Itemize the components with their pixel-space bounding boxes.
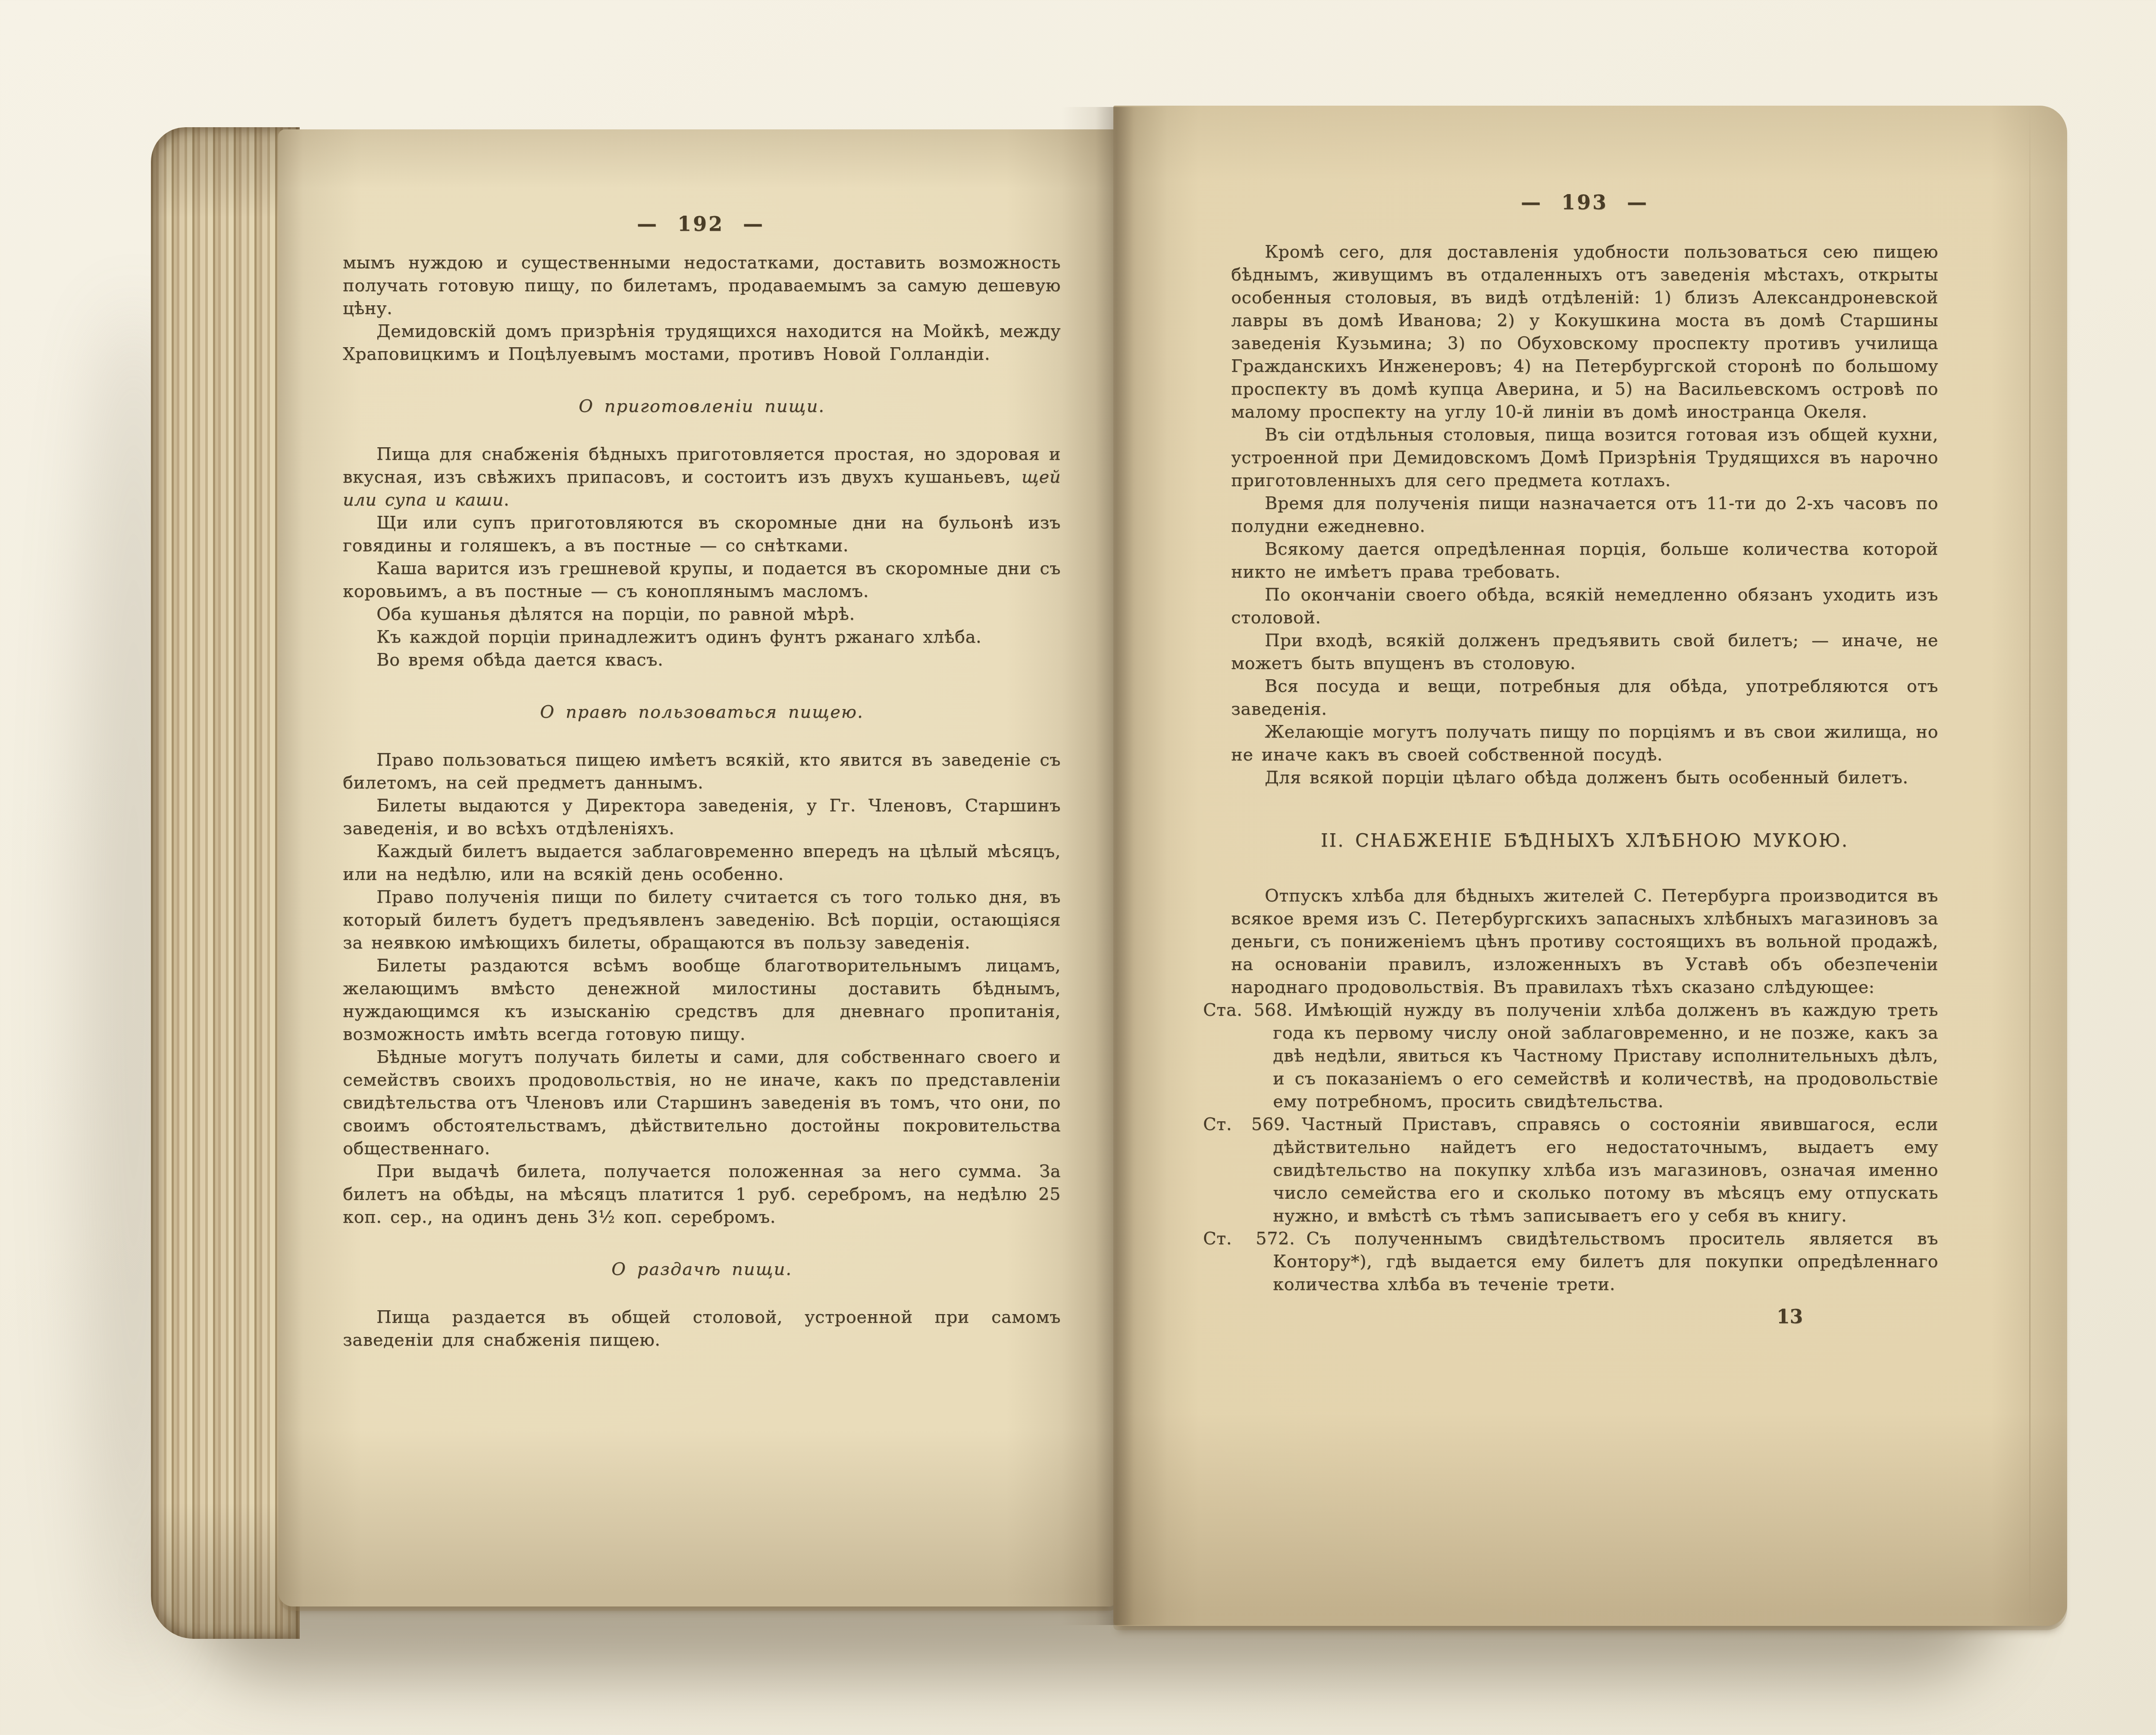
italic-phrase: щей или супа и каши: [343, 467, 1061, 510]
continuation: мымъ нуждою и существенными недостатками…: [343, 251, 1061, 320]
header-dash-left: —: [637, 212, 658, 235]
paragraph: Пища для снабженія бѣдныхъ приготовляетс…: [343, 443, 1061, 511]
paragraph: По окончаніи своего обѣда, всякій немедл…: [1231, 584, 1938, 629]
signature-mark: 13: [1777, 1306, 1803, 1328]
paragraph: Въ сіи отдѣльныя столовыя, пища возится …: [1231, 424, 1938, 492]
paragraph: Бѣдные могутъ получать билеты и сами, дл…: [343, 1046, 1061, 1160]
paragraph: Кромѣ сего, для доставленія удобности по…: [1231, 241, 1938, 424]
paragraph: Отпускъ хлѣба для бѣдныхъ жителей С. Пет…: [1231, 885, 1938, 999]
book-scan-photo: —192— —193— мымъ нуждою и существенными …: [0, 0, 2156, 1735]
section-heading: II. СНАБЖЕНІЕ БѢДНЫХЪ ХЛѢБНОЮ МУКОЮ.: [1231, 829, 1938, 852]
paragraph: При входѣ, всякій долженъ предъявить сво…: [1231, 629, 1938, 675]
paragraph: Каждый билетъ выдается заблаговременно в…: [343, 840, 1061, 886]
paragraph: Право пользоваться пищею имѣетъ всякій, …: [343, 749, 1061, 794]
paragraph: Время для полученія пищи назначается отъ…: [1231, 492, 1938, 538]
paragraph: Право полученія пищи по билету считается…: [343, 886, 1061, 954]
left-page-text-column: мымъ нуждою и существенными недостатками…: [343, 251, 1061, 1352]
heading: О правѣ пользоваться пищею.: [343, 701, 1061, 724]
article: Ст. 569.Частный Приставъ, справясь о сос…: [1203, 1113, 1938, 1227]
article-number: Ст. 569.: [1203, 1114, 1302, 1134]
header-dash-right: —: [743, 212, 765, 235]
paragraph: Щи или супъ приготовляются въ скоромные …: [343, 511, 1061, 557]
article: Ста. 568.Имѣющій нужду въ полученіи хлѣб…: [1203, 999, 1938, 1113]
paragraph: Вся посуда и вещи, потребныя для обѣда, …: [1231, 675, 1938, 721]
paragraph: Пища раздается въ общей столовой, устрое…: [343, 1306, 1061, 1352]
left-page-number-header: —192—: [343, 212, 1059, 235]
paragraph: При выдачѣ билета, получается положенная…: [343, 1160, 1061, 1229]
page-stack-fore-edge: [151, 127, 300, 1639]
right-page-number-header: —193—: [1231, 191, 1938, 214]
paragraph: Желающіе могутъ получать пищу по порціям…: [1231, 721, 1938, 766]
heading: О приготовленіи пищи.: [343, 395, 1061, 418]
article-number: Ст. 572.: [1203, 1229, 1306, 1249]
paragraph: Для всякой порціи цѣлаго обѣда долженъ б…: [1231, 766, 1938, 789]
right-page-number: 193: [1561, 191, 1608, 214]
header-dash-left: —: [1521, 191, 1542, 214]
paragraph: Къ каждой порціи принадлежитъ одинъ фунт…: [343, 626, 1061, 649]
right-page-text-column: Кромѣ сего, для доставленія удобности по…: [1231, 241, 1938, 1296]
header-dash-right: —: [1627, 191, 1648, 214]
left-page-number: 192: [677, 212, 724, 235]
paragraph: Во время обѣда дается квасъ.: [343, 649, 1061, 671]
paragraph: Всякому дается опредѣленная порція, боль…: [1231, 538, 1938, 584]
article: Ст. 572.Съ полученнымъ свидѣтельствомъ п…: [1203, 1227, 1938, 1296]
paragraph: Билеты раздаются всѣмъ вообще благотвори…: [343, 954, 1061, 1046]
paragraph: Оба кушанья дѣлятся на порціи, по равной…: [343, 603, 1061, 626]
paragraph: Каша варится изъ грешневой крупы, и пода…: [343, 557, 1061, 603]
paragraph: Билеты выдаются у Директора заведенія, у…: [343, 794, 1061, 840]
heading: О раздачѣ пищи.: [343, 1258, 1061, 1281]
paragraph: Демидовскій домъ призрѣнія трудящихся на…: [343, 320, 1061, 366]
article-number: Ста. 568.: [1203, 1000, 1304, 1020]
